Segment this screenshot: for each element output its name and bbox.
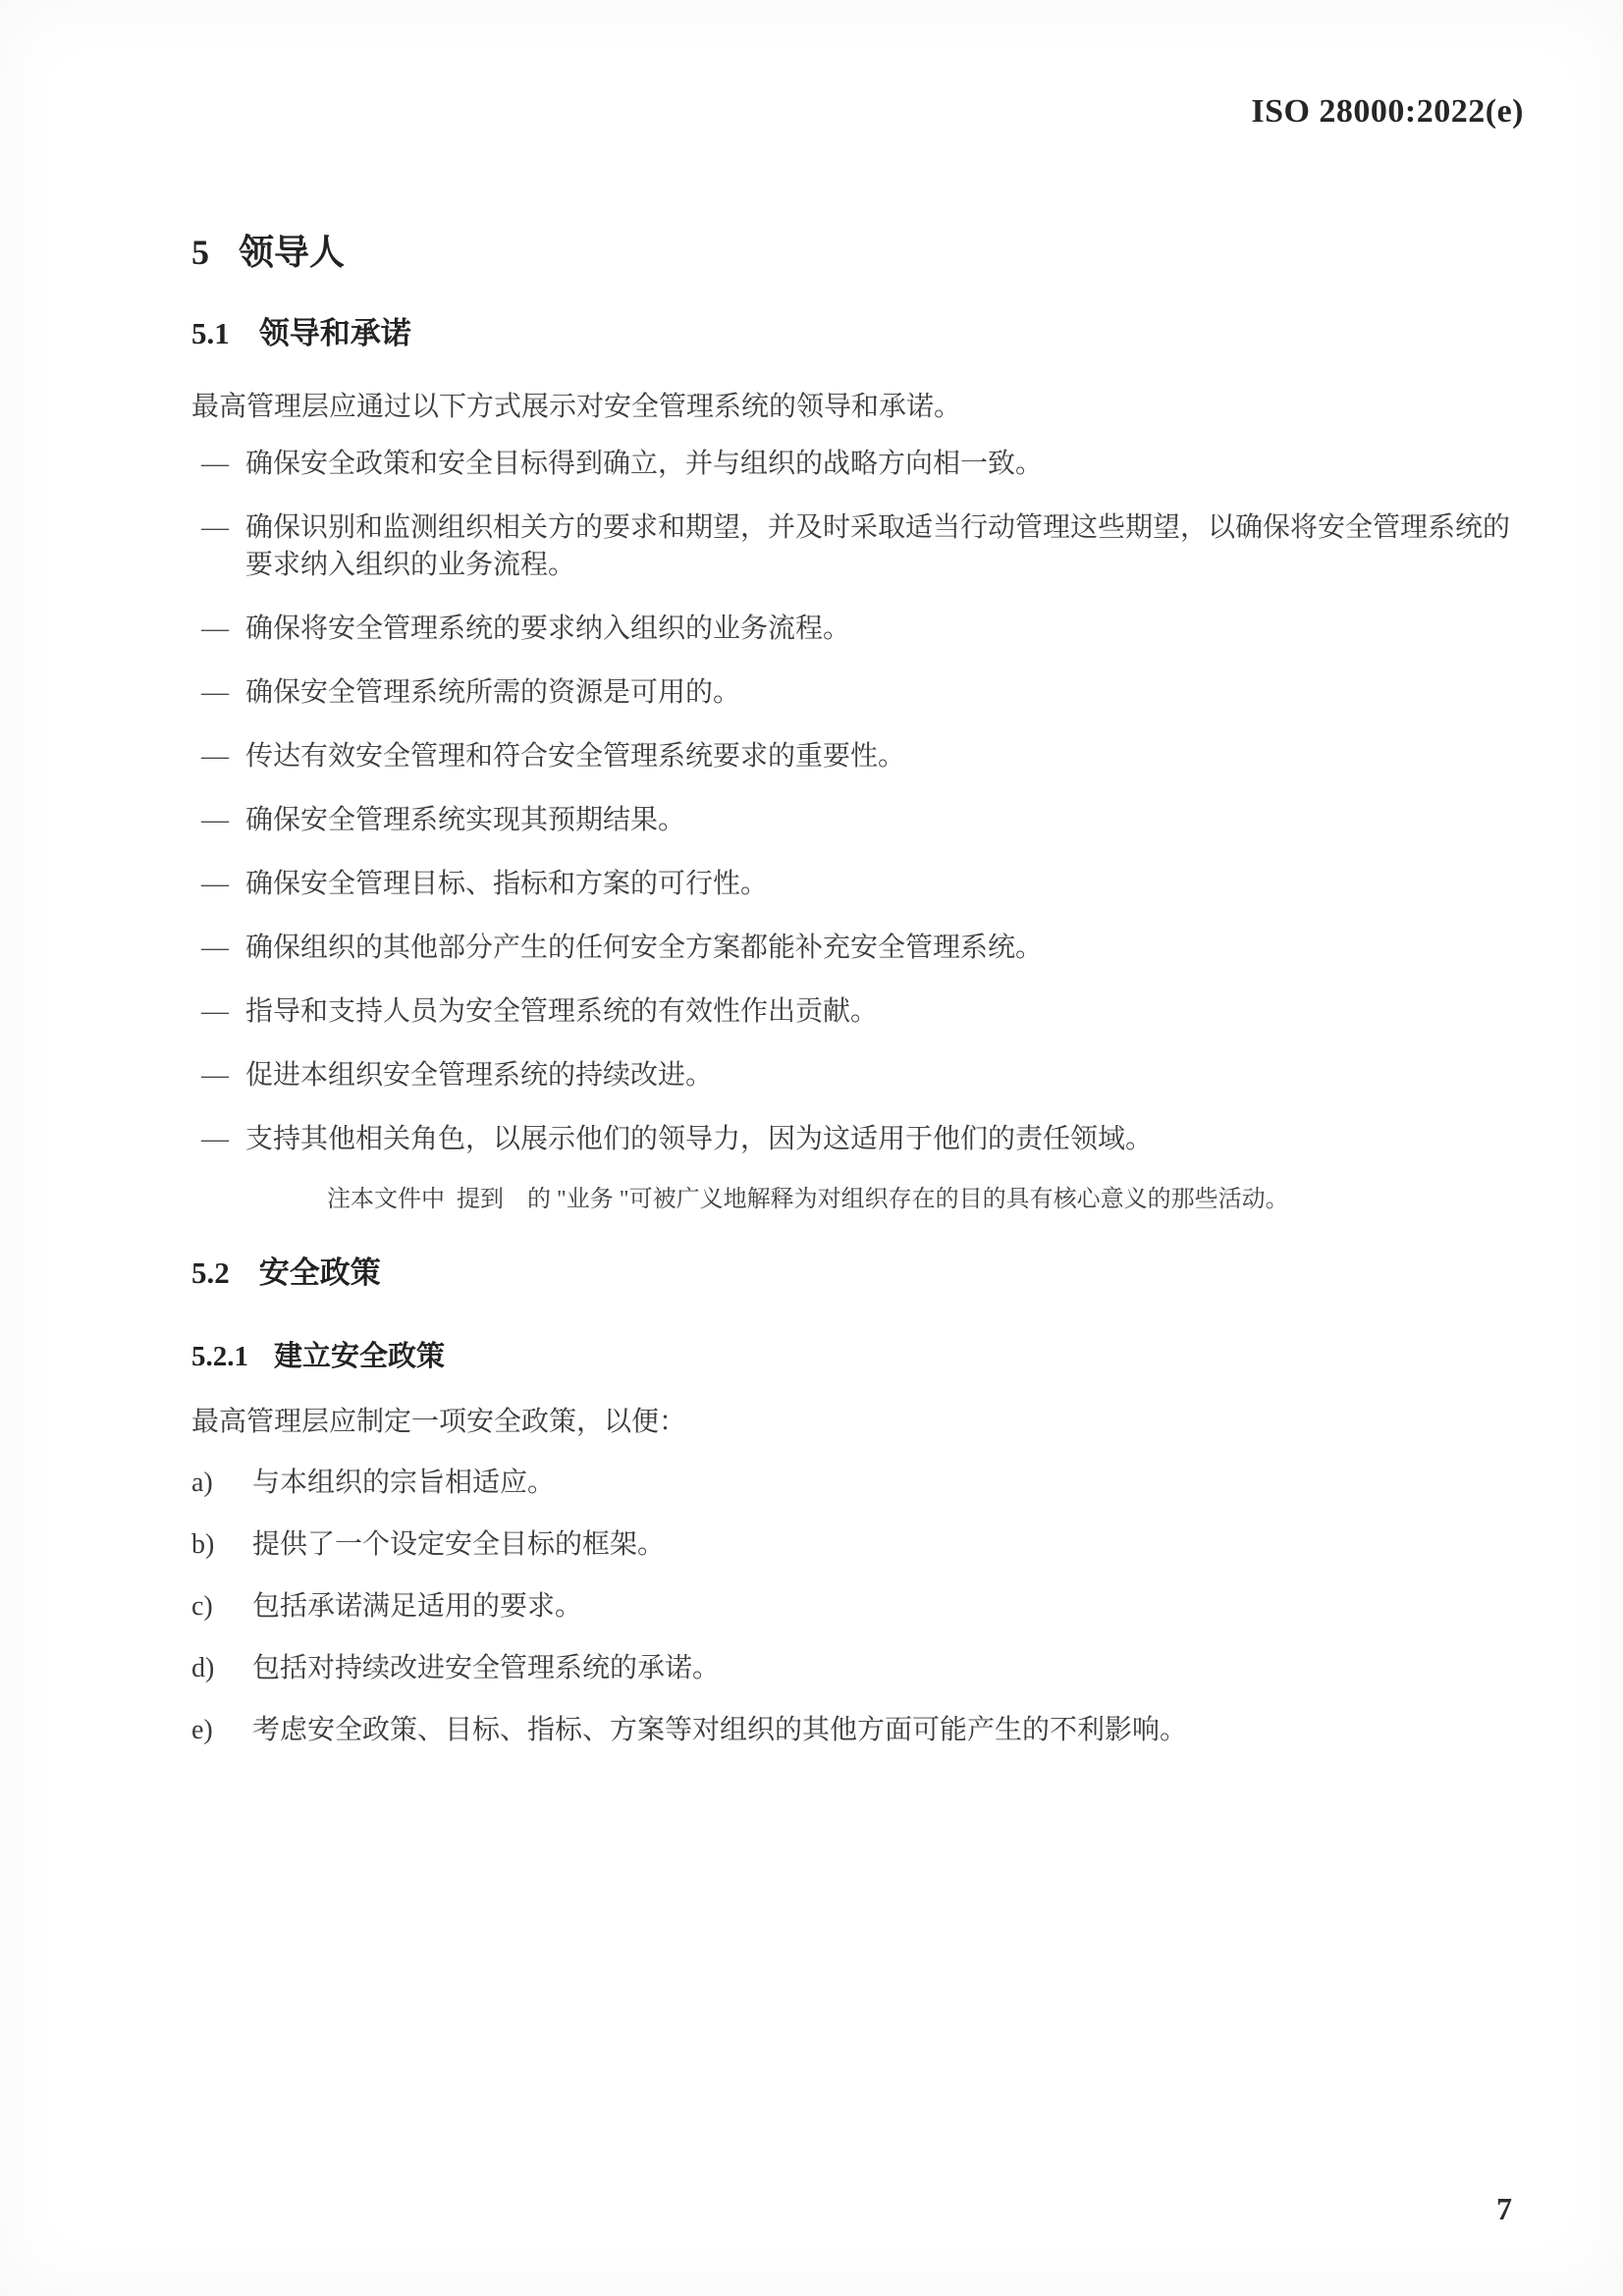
page-content: 5领导人 5.1领导和承诺 最高管理层应通过以下方式展示对安全管理系统的领导和承…: [191, 0, 1517, 1749]
dash-bullet-marker: —: [201, 738, 245, 775]
list-item: — 指导和支持人员为安全管理系统的有效性作出贡献。: [201, 993, 1517, 1031]
list-item-text: 考虑安全政策、目标、指标、方案等对组织的其他方面可能产生的不利影响。: [252, 1712, 1517, 1749]
intro-paragraph-5-1: 最高管理层应通过以下方式展示对安全管理系统的领导和承诺。: [191, 389, 1517, 426]
list-item-text: 传达有效安全管理和符合安全管理系统要求的重要性。: [245, 738, 1517, 775]
list-item: — 确保安全政策和安全目标得到确立，并与组织的战略方向相一致。: [201, 446, 1517, 483]
list-item-text: 与本组织的宗旨相适应。: [252, 1465, 1517, 1502]
page-number: 7: [1496, 2191, 1512, 2227]
letter-marker: e): [191, 1712, 252, 1749]
list-item-text: 确保组织的其他部分产生的任何安全方案都能补充安全管理系统。: [245, 930, 1517, 967]
section-number: 5.2: [191, 1255, 230, 1290]
list-item: — 确保将安全管理系统的要求纳入组织的业务流程。: [201, 611, 1517, 648]
section-heading-5-2: 5.2安全政策: [191, 1253, 1517, 1294]
list-item-text: 确保安全管理系统实现其预期结果。: [245, 802, 1517, 839]
list-item: a) 与本组织的宗旨相适应。: [191, 1465, 1517, 1502]
section-title: 安全政策: [259, 1255, 381, 1290]
list-item-text: 确保将安全管理系统的要求纳入组织的业务流程。: [245, 611, 1517, 648]
list-item: c) 包括承诺满足适用的要求。: [191, 1588, 1517, 1626]
list-item-text: 提供了一个设定安全目标的框架。: [252, 1526, 1517, 1564]
dash-bullet-marker: —: [201, 930, 245, 967]
section-heading-5-1: 5.1领导和承诺: [191, 313, 1517, 354]
section-number: 5.2.1: [191, 1341, 248, 1372]
dash-bullet-marker: —: [201, 446, 245, 483]
section-title: 领导和承诺: [259, 316, 411, 350]
lettered-list: a) 与本组织的宗旨相适应。 b) 提供了一个设定安全目标的框架。 c) 包括承…: [191, 1465, 1517, 1749]
dash-bullet-list: — 确保安全政策和安全目标得到确立，并与组织的战略方向相一致。 — 确保识别和监…: [191, 446, 1517, 1158]
dash-bullet-marker: —: [201, 1121, 245, 1158]
section-title: 建立安全政策: [274, 1341, 445, 1372]
list-item: — 确保安全管理目标、指标和方案的可行性。: [201, 866, 1517, 903]
letter-marker: d): [191, 1650, 252, 1687]
letter-marker: b): [191, 1526, 252, 1564]
list-item-text: 确保安全政策和安全目标得到确立，并与组织的战略方向相一致。: [245, 446, 1517, 483]
list-item-text: 确保安全管理系统所需的资源是可用的。: [245, 674, 1517, 712]
section-number: 5: [191, 233, 209, 272]
list-item-text: 指导和支持人员为安全管理系统的有效性作出贡献。: [245, 993, 1517, 1031]
section-heading-5-2-1: 5.2.1建立安全政策: [191, 1338, 1517, 1376]
list-item: b) 提供了一个设定安全目标的框架。: [191, 1526, 1517, 1564]
list-item: — 确保安全管理系统所需的资源是可用的。: [201, 674, 1517, 712]
list-item: — 促进本组织安全管理系统的持续改进。: [201, 1057, 1517, 1095]
list-item-text: 支持其他相关角色，以展示他们的领导力，因为这适用于他们的责任领域。: [245, 1121, 1517, 1158]
list-item: — 确保识别和监测组织相关方的要求和期望，并及时采取适当行动管理这些期望，以确保…: [201, 509, 1517, 584]
list-item: — 支持其他相关角色，以展示他们的领导力，因为这适用于他们的责任领域。: [201, 1121, 1517, 1158]
section-number: 5.1: [191, 316, 230, 350]
dash-bullet-marker: —: [201, 509, 245, 547]
section-title: 领导人: [239, 233, 345, 272]
list-item-text: 确保安全管理目标、指标和方案的可行性。: [245, 866, 1517, 903]
list-item: — 确保安全管理系统实现其预期结果。: [201, 802, 1517, 839]
dash-bullet-marker: —: [201, 993, 245, 1031]
list-item-text: 包括对持续改进安全管理系统的承诺。: [252, 1650, 1517, 1687]
list-item-text: 包括承诺满足适用的要求。: [252, 1588, 1517, 1626]
letter-marker: a): [191, 1465, 252, 1502]
dash-bullet-marker: —: [201, 802, 245, 839]
document-page: ISO 28000:2022(e) 5领导人 5.1领导和承诺 最高管理层应通过…: [0, 0, 1623, 2296]
list-item: — 确保组织的其他部分产生的任何安全方案都能补充安全管理系统。: [201, 930, 1517, 967]
dash-bullet-marker: —: [201, 674, 245, 712]
dash-bullet-marker: —: [201, 611, 245, 648]
dash-bullet-marker: —: [201, 1057, 245, 1095]
list-item: — 传达有效安全管理和符合安全管理系统要求的重要性。: [201, 738, 1517, 775]
list-item-text: 确保识别和监测组织相关方的要求和期望，并及时采取适当行动管理这些期望，以确保将安…: [245, 509, 1517, 584]
section-heading-5: 5领导人: [191, 229, 1517, 277]
dash-bullet-marker: —: [201, 866, 245, 903]
intro-paragraph-5-2-1: 最高管理层应制定一项安全政策，以便：: [191, 1404, 1517, 1441]
note-paragraph: 注本文件中 提到 的 "业务 "可被广义地解释为对组织存在的目的具有核心意义的那…: [327, 1184, 1517, 1216]
letter-marker: c): [191, 1588, 252, 1626]
list-item-text: 促进本组织安全管理系统的持续改进。: [245, 1057, 1517, 1095]
list-item: d) 包括对持续改进安全管理系统的承诺。: [191, 1650, 1517, 1687]
list-item: e) 考虑安全政策、目标、指标、方案等对组织的其他方面可能产生的不利影响。: [191, 1712, 1517, 1749]
